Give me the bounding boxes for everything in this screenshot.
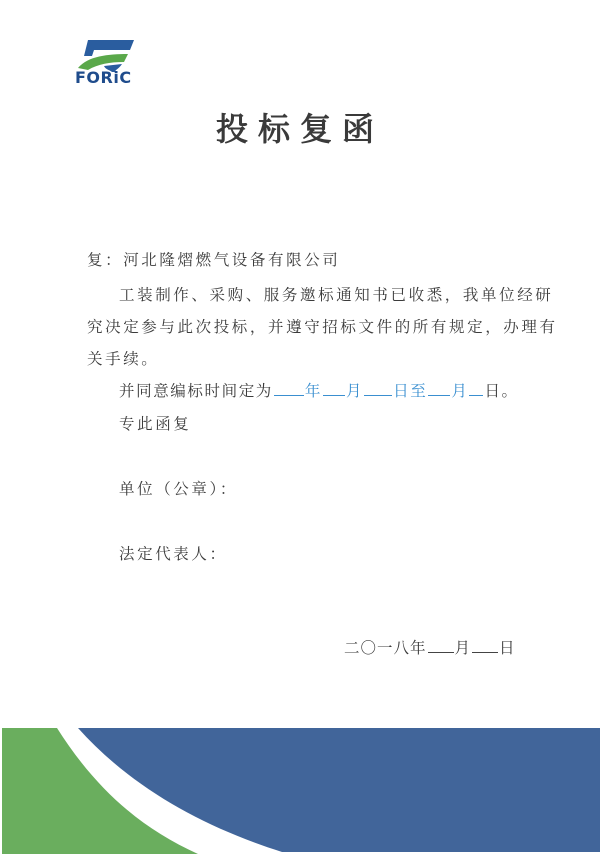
signature-day-blank[interactable] — [472, 651, 498, 653]
year-blank[interactable] — [274, 394, 304, 396]
unit-seal-label: 单位（公章）： — [119, 477, 238, 499]
signature-year: 二〇一八年 — [344, 639, 427, 657]
closing-text: 专此函复 — [119, 412, 191, 434]
signature-day-label: 日 — [499, 639, 516, 657]
day2-blank[interactable] — [469, 394, 483, 396]
bid-date-line: 并同意编标时间定为年月日至月日。 — [119, 379, 519, 401]
signature-month-label: 月 — [455, 639, 472, 657]
month-blank[interactable] — [323, 394, 345, 396]
day-to-label: 日至 — [393, 382, 427, 400]
month2-blank[interactable] — [428, 394, 450, 396]
year-label: 年 — [305, 382, 322, 400]
month-label: 月 — [346, 382, 363, 400]
signature-month-blank[interactable] — [428, 651, 454, 653]
body-line-2: 究决定参与此次投标，并遵守招标文件的所有规定，办理有 — [87, 315, 558, 337]
day-blank[interactable] — [364, 394, 392, 396]
addressee-prefix: 复： — [87, 251, 123, 269]
body-line-1: 工装制作、采购、服务邀标通知书已收悉，我单位经研 — [119, 283, 553, 305]
document-title: 投标复函 — [0, 104, 600, 150]
signature-date: 二〇一八年月日 — [344, 636, 516, 658]
legal-rep-label: 法定代表人： — [119, 542, 228, 564]
bid-date-prefix: 并同意编标时间定为 — [119, 382, 273, 400]
month2-label: 月 — [451, 382, 468, 400]
footer-decoration — [0, 726, 600, 856]
logo-text: FORiC — [75, 68, 132, 87]
addressee: 河北隆熠燃气设备有限公司 — [123, 251, 340, 269]
body-line-3: 关手续。 — [87, 347, 159, 369]
addressee-line: 复：河北隆熠燃气设备有限公司 — [87, 248, 340, 270]
day2-label: 日。 — [484, 382, 518, 400]
